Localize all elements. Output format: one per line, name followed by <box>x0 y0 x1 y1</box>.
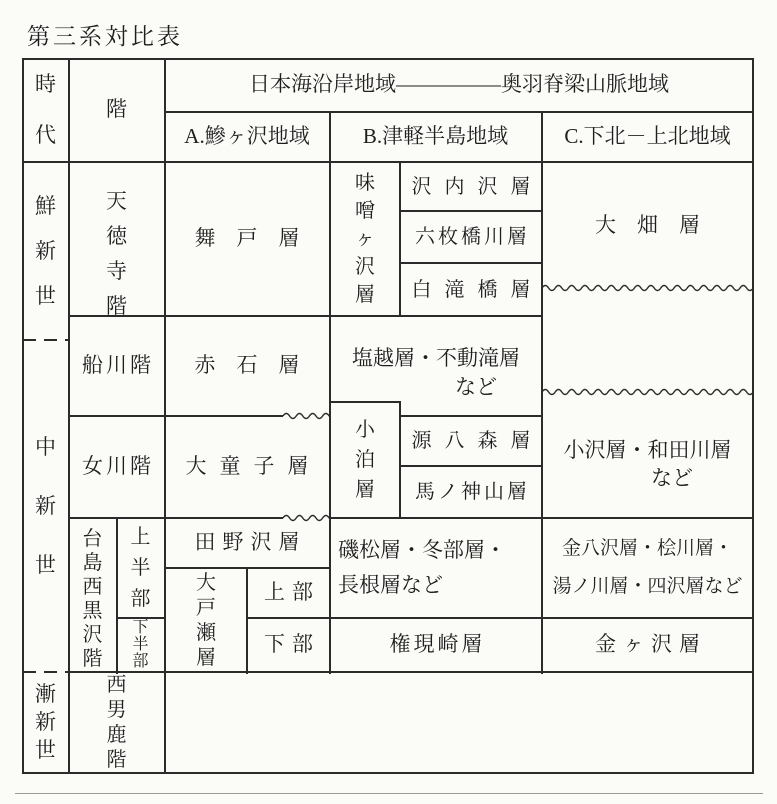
page-title: 第三系対比表 <box>27 18 183 51</box>
cell-formation-sawauchisawa: 沢内沢層 <box>400 162 542 211</box>
header-col-c: C.下北－上北地域 <box>542 112 753 161</box>
cell-formation-odoji: 大童子層 <box>165 416 329 518</box>
scanned-page: 第三系対比表 時代 階 日本海沿岸地域―――――奥羽脊梁山脈地域 A.鰺ヶ沢地域… <box>0 0 777 804</box>
table-line <box>22 772 754 774</box>
cell-formation-rokumaihashikawa: 六枚橋川層 <box>400 211 542 263</box>
header-stage: 階 <box>69 59 164 161</box>
cell-formation-isomatsu: 磯松層・冬部層・ 長根層など <box>330 518 542 618</box>
header-col-b: B.津軽半島地域 <box>330 112 541 161</box>
cell-era-pliocene: 鮮新世 <box>23 162 68 340</box>
header-regions-banner: 日本海沿岸地域―――――奥羽脊梁山脈地域 <box>165 59 753 111</box>
formation-line: 塩越層・不動滝層 <box>352 344 520 373</box>
cell-formation-kanegasawa: 金ヶ沢層 <box>542 618 753 672</box>
cell-formation-odose: 大戸瀬層 <box>165 568 247 672</box>
cell-stage-upper-half: 上半部 <box>117 518 164 618</box>
cell-stage-lower-half: 下半部 <box>117 618 164 672</box>
cell-stage-daijima-nishikurosawa: 台島西黒沢階 <box>69 518 116 672</box>
cell-formation-odose-upper: 上部 <box>247 568 330 618</box>
cell-formation-odose-lower: 下部 <box>247 618 330 672</box>
cell-formation-kozawa: 小沢層・和田川層 など <box>542 392 753 518</box>
cell-formation-gongenzaki: 権現崎層 <box>330 618 542 672</box>
cell-formation-shiokoshi: 塩越層・不動滝層 など <box>330 316 542 416</box>
cell-stage-nishioga: 西男鹿階 <box>69 672 164 772</box>
page-edge-line <box>15 793 763 794</box>
cell-formation-shiratakibashi: 白滝橋層 <box>400 263 542 316</box>
formation-line: 金八沢層・桧川層・ <box>562 530 733 568</box>
formation-line: など <box>455 373 497 402</box>
formation-line: 小沢層・和田川層 <box>564 436 732 464</box>
cell-formation-kodomari: 小泊層 <box>330 402 400 518</box>
cell-formation-tanosawa: 田野沢層 <box>165 518 329 568</box>
formation-line: 磯松層・冬部層・ <box>338 533 506 568</box>
cell-stage-tentokuji: 天徳寺階 <box>69 162 164 316</box>
cell-era-oligocene: 漸新世 <box>23 672 68 772</box>
header-col-a: A.鰺ヶ沢地域 <box>165 112 329 161</box>
cell-formation-kinpachizawa: 金八沢層・桧川層・ 湯ノ川層・四沢層など <box>542 518 753 618</box>
cell-formation-maito: 舞戸層 <box>165 162 329 316</box>
cell-formation-umanokamiyama: 馬ノ神山層 <box>400 466 542 517</box>
cell-stage-funakawa: 船川階 <box>69 316 164 416</box>
cell-stage-onnagawa: 女川階 <box>69 416 164 518</box>
cell-empty-bottom <box>165 672 753 772</box>
cell-formation-gempachimori: 源八森層 <box>400 416 542 465</box>
cell-formation-ohata: 大畑層 <box>542 162 753 290</box>
cell-formation-misogasawa: 味噌ヶ沢層 <box>330 162 400 316</box>
header-era: 時代 <box>23 59 68 161</box>
formation-line: 湯ノ川層・四沢層など <box>552 568 742 606</box>
formation-line: など <box>651 464 693 492</box>
cell-formation-akaishi: 赤石層 <box>165 316 329 416</box>
formation-line: 長根層など <box>338 568 443 603</box>
cell-era-miocene: 中新世 <box>23 340 68 672</box>
